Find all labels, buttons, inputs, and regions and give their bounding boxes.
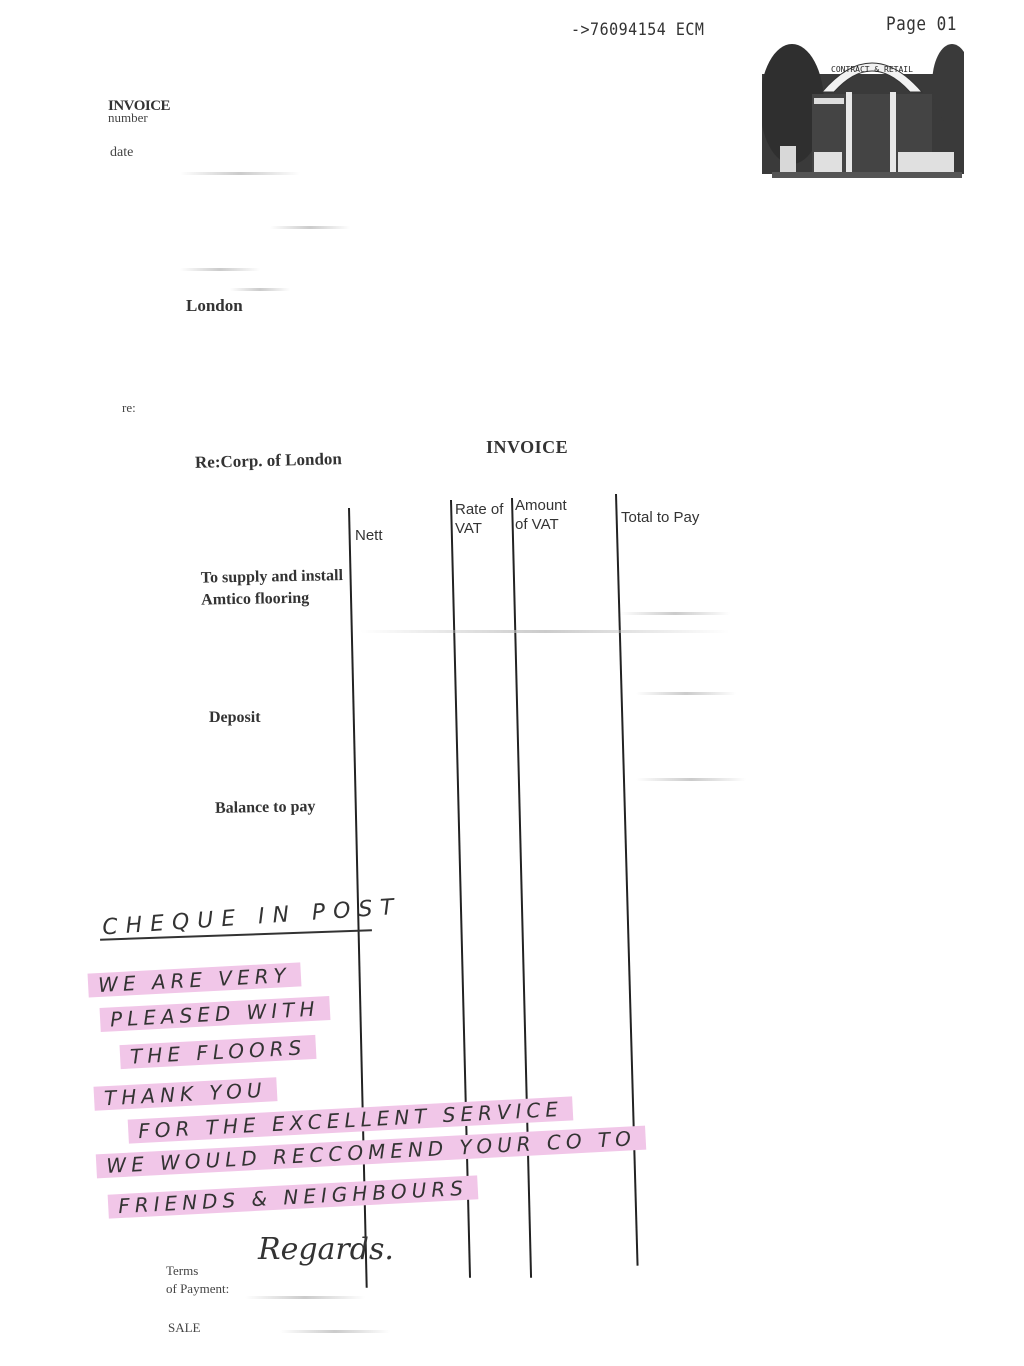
column-header-amount-of-vat: Amount of VAT	[515, 496, 575, 534]
address-city: London	[186, 296, 243, 316]
number-label: number	[108, 111, 148, 124]
fax-reference: ->76094154 ECM	[571, 19, 704, 40]
column-divider	[450, 500, 471, 1278]
handwritten-line: PLEASED WITH	[100, 996, 330, 1032]
terms-label: Terms of Payment:	[166, 1262, 229, 1298]
sale-label: SALE	[168, 1320, 201, 1336]
document-title: INVOICE	[486, 437, 568, 458]
handwritten-line: WE ARE VERY	[88, 962, 302, 997]
handwritten-line: FRIENDS & NEIGHBOURS	[108, 1175, 479, 1218]
row-description-supply: To supply and install Amtico flooring	[201, 564, 382, 611]
page-number: Page 01	[886, 13, 957, 35]
handwritten-sign-off: Regards.	[258, 1232, 394, 1267]
handwritten-line: THE FLOORS	[120, 1035, 317, 1069]
column-header-nett: Nett	[355, 526, 383, 545]
re-label: re:	[122, 400, 136, 416]
date-label: date	[110, 145, 133, 161]
reference: Re:Corp. of London	[195, 449, 342, 473]
handwritten-line: THANK YOU	[93, 1077, 277, 1111]
column-header-total-to-pay: Total to Pay	[621, 508, 699, 527]
column-divider	[511, 498, 532, 1278]
row-description-balance: Balance to pay	[215, 798, 316, 818]
shopfront-photo-icon: CONTRACT & RETAIL	[762, 34, 964, 186]
column-header-rate-of-vat: Rate of VAT	[455, 500, 510, 538]
svg-text:CONTRACT & RETAIL: CONTRACT & RETAIL	[831, 65, 913, 74]
row-description-deposit: Deposit	[209, 709, 261, 727]
